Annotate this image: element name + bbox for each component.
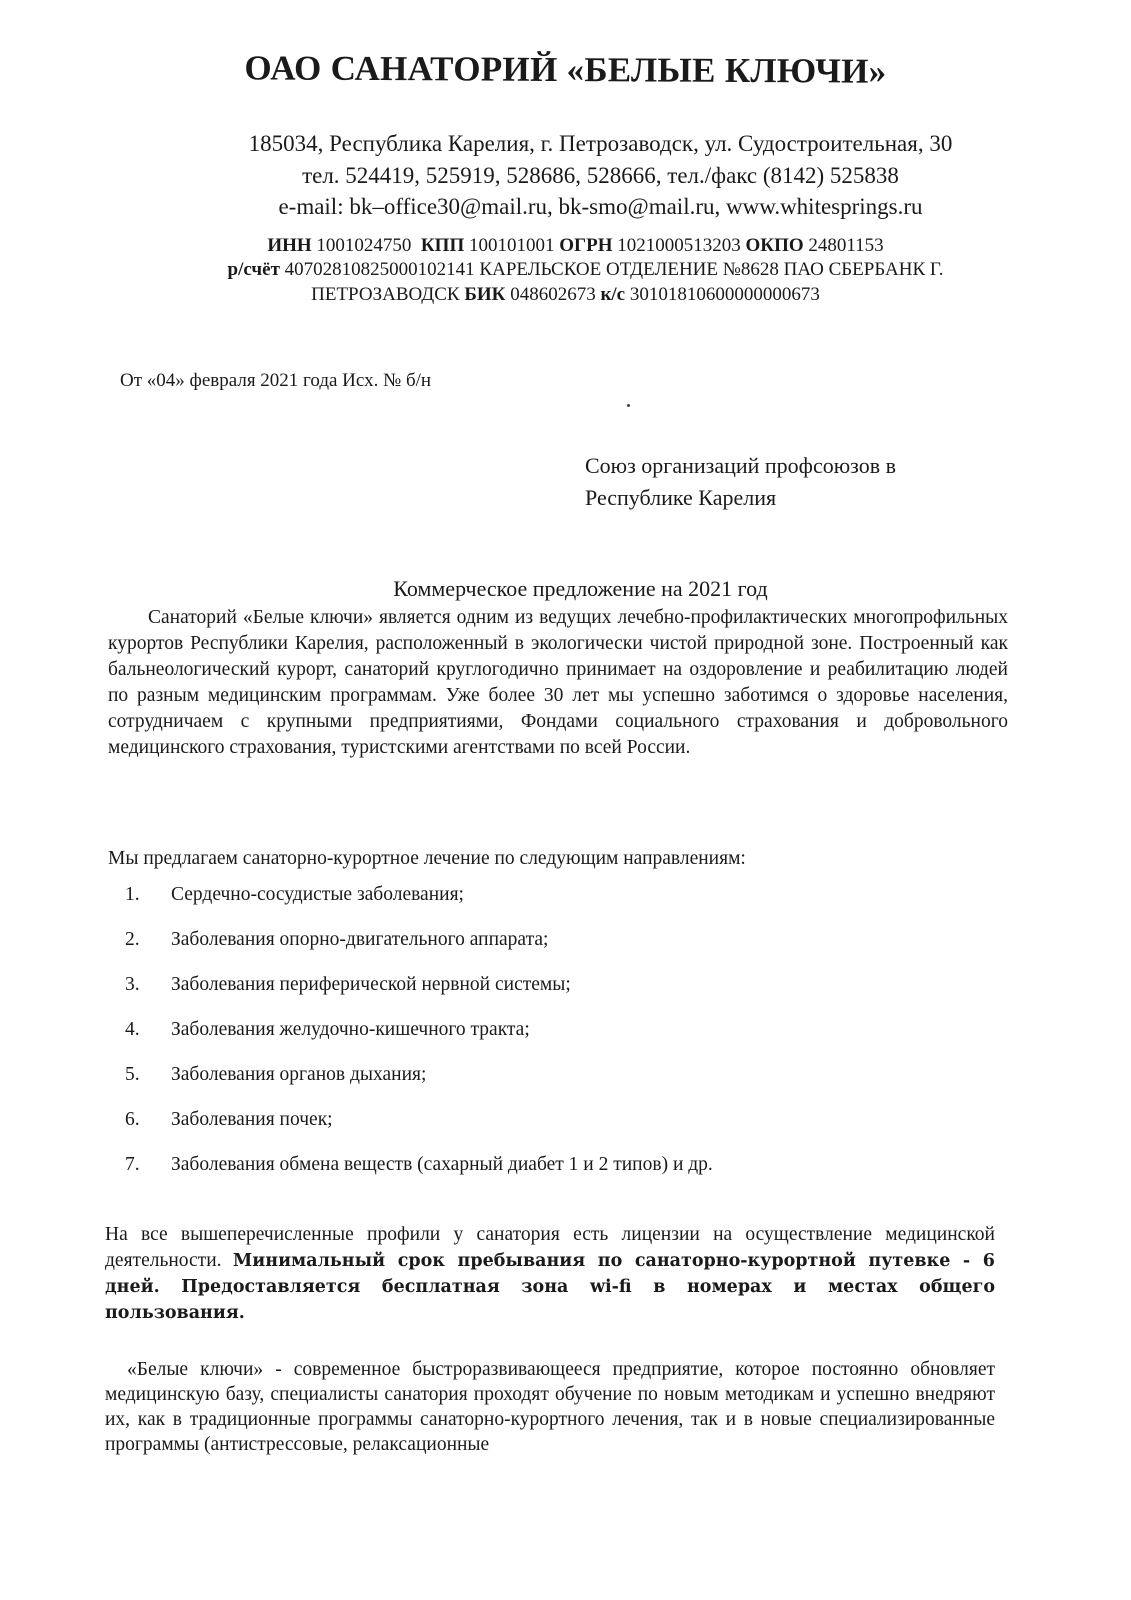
city-value: ПЕТРОЗАВОДСК — [311, 284, 459, 305]
ks-value: 30101810600000000673 — [630, 284, 820, 305]
ogrn-value: 1021000513203 — [617, 235, 741, 256]
list-number: 4. — [125, 1019, 171, 1064]
requisites-line-2: р/счёт 40702810825000102141 КАРЕЛЬСКОЕ О… — [20, 258, 1131, 282]
bik-value: 048602673 — [510, 284, 596, 305]
list-item: 5.Заболевания органов дыхания; — [125, 1064, 713, 1109]
okpo-label: ОКПО — [746, 235, 804, 256]
list-text: Заболевания периферической нервной систе… — [171, 974, 571, 1019]
intro-paragraph-text: Санаторий «Белые ключи» является одним и… — [108, 607, 1008, 758]
scan-speck — [627, 404, 630, 407]
okpo-value: 24801153 — [808, 235, 883, 256]
company-paragraph-text: «Белые ключи» - современное быстроразвив… — [105, 1359, 995, 1455]
license-paragraph: На все вышеперечисленные профили у санат… — [105, 1222, 995, 1326]
list-text: Заболевания опорно-двигательного аппарат… — [171, 929, 548, 974]
inn-label: ИНН — [267, 235, 311, 256]
list-item: 2.Заболевания опорно-двигательного аппар… — [125, 929, 713, 974]
kpp-label: КПП — [421, 235, 464, 256]
kpp-value: 100101001 — [469, 235, 555, 256]
list-number: 3. — [125, 974, 171, 1019]
phones-line: тел. 524419, 525919, 528686, 528666, тел… — [35, 160, 1131, 191]
address-line: 185034, Республика Карелия, г. Петрозаво… — [35, 128, 1131, 159]
list-item: 3.Заболевания периферической нервной сис… — [125, 974, 713, 1019]
ks-label: к/с — [600, 284, 625, 305]
list-number: 1. — [125, 884, 171, 929]
intro-paragraph: Санаторий «Белые ключи» является одним и… — [108, 605, 1008, 761]
list-text: Сердечно-сосудистые заболевания; — [171, 884, 464, 929]
company-paragraph: «Белые ключи» - современное быстроразвив… — [105, 1357, 995, 1457]
list-item: 7.Заболевания обмена веществ (сахарный д… — [125, 1154, 713, 1199]
min-stay-bold-text: Минимальный срок пребывания по санаторно… — [105, 1251, 995, 1323]
list-number: 5. — [125, 1064, 171, 1109]
recipient-line-2: Республике Карелия — [585, 482, 896, 514]
requisites-line-1: ИНН 1001024750 КПП 100101001 ОГРН 102100… — [10, 234, 1131, 258]
list-item: 4.Заболевания желудочно-кишечного тракта… — [125, 1019, 713, 1064]
list-text: Заболевания почек; — [171, 1109, 333, 1154]
list-text: Заболевания желудочно-кишечного тракта; — [171, 1019, 530, 1064]
treatment-list: 1.Сердечно-сосудистые заболевания; 2.Заб… — [125, 884, 713, 1199]
document-title: ОАО САНАТОРИЙ «БЕЛЫЕ КЛЮЧИ» — [0, 47, 1131, 93]
list-text: Заболевания органов дыхания; — [171, 1064, 426, 1109]
recipient-line-1: Союз организаций профсоюзов в — [585, 450, 896, 482]
account-label: р/счёт — [228, 259, 280, 280]
bik-label: БИК — [464, 284, 505, 305]
requisites-line-3: ПЕТРОЗАВОДСК БИК 048602673 к/с 301018106… — [0, 283, 1131, 307]
list-intro: Мы предлагаем санаторно-курортное лечени… — [108, 848, 746, 870]
contacts-line: e-mail: bk–office30@mail.ru, bk-smo@mail… — [35, 191, 1131, 222]
list-item: 1.Сердечно-сосудистые заболевания; — [125, 884, 713, 929]
list-number: 6. — [125, 1109, 171, 1154]
letter-date: От «04» февраля 2021 года Исх. № б/н — [120, 370, 431, 392]
letter-heading: Коммерческое предложение на 2021 год — [15, 576, 1131, 602]
list-item: 6.Заболевания почек; — [125, 1109, 713, 1154]
inn-value: 1001024750 — [316, 235, 411, 256]
ogrn-label: ОГРН — [559, 235, 612, 256]
recipient: Союз организаций профсоюзов в Республике… — [585, 450, 896, 514]
list-number: 7. — [125, 1154, 171, 1199]
list-text: Заболевания обмена веществ (сахарный диа… — [171, 1154, 713, 1199]
list-number: 2. — [125, 929, 171, 974]
account-value: 40702810825000102141 КАРЕЛЬСКОЕ ОТДЕЛЕНИ… — [285, 259, 944, 280]
